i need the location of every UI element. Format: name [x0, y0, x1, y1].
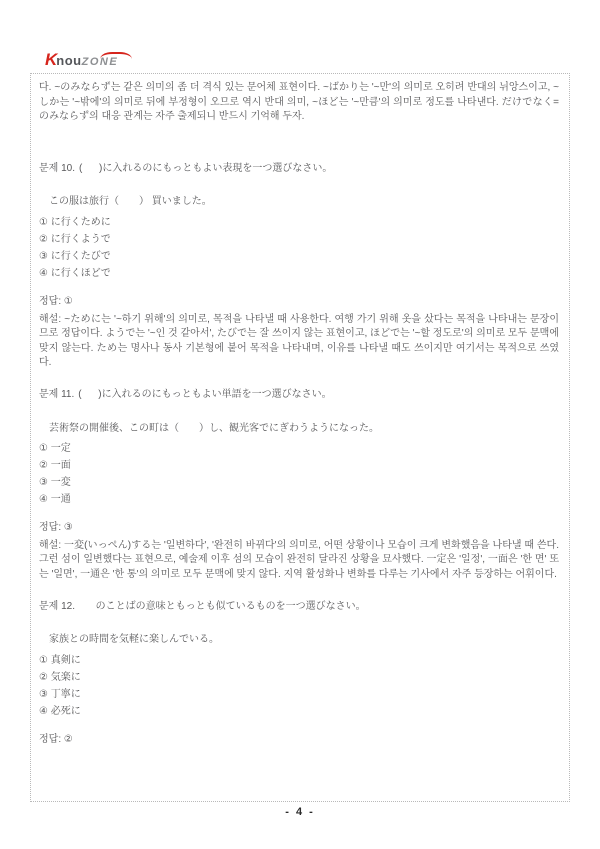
- logo-text-nou: nou: [56, 53, 81, 68]
- question-11-answer: 정답: ③: [39, 521, 559, 536]
- question-11-sentence: 芸術祭の開催後、この町は（ ）し、観光客でにぎわうようになった。: [49, 422, 559, 437]
- option-item: ③ に行くたびで: [39, 248, 559, 265]
- question-12-answer: 정답: ②: [39, 733, 559, 748]
- option-item: ① 真剣に: [39, 652, 559, 669]
- option-item: ④ 必死に: [39, 703, 559, 720]
- option-item: ② に行くようで: [39, 231, 559, 248]
- option-item: ② 気楽に: [39, 669, 559, 686]
- question-12-number: 문제 12.: [39, 601, 75, 612]
- option-item: ① 一定: [39, 440, 559, 457]
- question-12-options: ① 真剣に ② 気楽に ③ 丁寧に ④ 必死に: [39, 652, 559, 720]
- question-10-sentence: この服は旅行（ ） 買いました。: [49, 195, 559, 210]
- question-11-number: 문제 11.: [39, 389, 74, 400]
- question-12-prompt: のことばの意味ともっとも似ているものを一つ選びなさい。: [79, 601, 366, 612]
- question-12-header: 문제 12. のことばの意味ともっとも似ているものを一つ選びなさい。: [39, 600, 559, 615]
- question-11-options: ① 一定 ② 一面 ③ 一変 ④ 一通: [39, 440, 559, 508]
- option-item: ③ 丁寧に: [39, 686, 559, 703]
- option-item: ④ に行くほどで: [39, 265, 559, 282]
- question-10-options: ① に行くために ② に行くようで ③ に行くたびで ④ に行くほどで: [39, 214, 559, 282]
- question-10-number: 문제 10.: [39, 163, 75, 174]
- logo-letter-k: K: [45, 50, 56, 69]
- question-10-explanation: 해설: ~ために는 '~하기 위해'의 의미로, 목적을 나타낼 때 사용한다.…: [39, 313, 559, 371]
- question-11: 문제 11.( )に入れるのにもっともよい単語を一つ選びなさい。 芸術祭の開催後…: [39, 388, 559, 583]
- question-12-sentence: 家族との時間を気軽に楽しんでいる。: [49, 633, 559, 648]
- logo-swoosh-icon: [100, 52, 132, 59]
- question-11-prompt: ( )に入れるのにもっともよい単語を一つ選びなさい。: [78, 389, 331, 400]
- option-item: ③ 一変: [39, 474, 559, 491]
- question-10-prompt: ( )に入れるのにもっともよい表現を一つ選びなさい。: [79, 163, 332, 174]
- option-item: ④ 一通: [39, 491, 559, 508]
- question-10: 문제 10.( )に入れるのにもっともよい表現を一つ選びなさい。 この服は旅行（…: [39, 162, 559, 371]
- option-item: ① に行くために: [39, 214, 559, 231]
- page-number: - 4 -: [0, 806, 600, 818]
- option-item: ② 一面: [39, 457, 559, 474]
- question-12: 문제 12. のことばの意味ともっとも似ているものを一つ選びなさい。 家族との時…: [39, 600, 559, 748]
- question-11-header: 문제 11.( )に入れるのにもっともよい単語を一つ選びなさい。: [39, 388, 559, 403]
- intro-paragraph: 다. ~のみならず는 같은 의미의 좀 더 격식 있는 문어체 표현이다. ~ば…: [39, 81, 559, 125]
- question-10-answer: 정답: ①: [39, 295, 559, 310]
- knouzone-logo: KnouZONE: [45, 50, 118, 70]
- document-content-box: 다. ~のみならず는 같은 의미의 좀 더 격식 있는 문어체 표현이다. ~ば…: [30, 73, 570, 802]
- question-11-explanation: 해설: 一変(いっぺん)する는 '일변하다', '완전히 바뀌다'의 의미로, …: [39, 539, 559, 583]
- question-10-header: 문제 10.( )に入れるのにもっともよい表現を一つ選びなさい。: [39, 162, 559, 177]
